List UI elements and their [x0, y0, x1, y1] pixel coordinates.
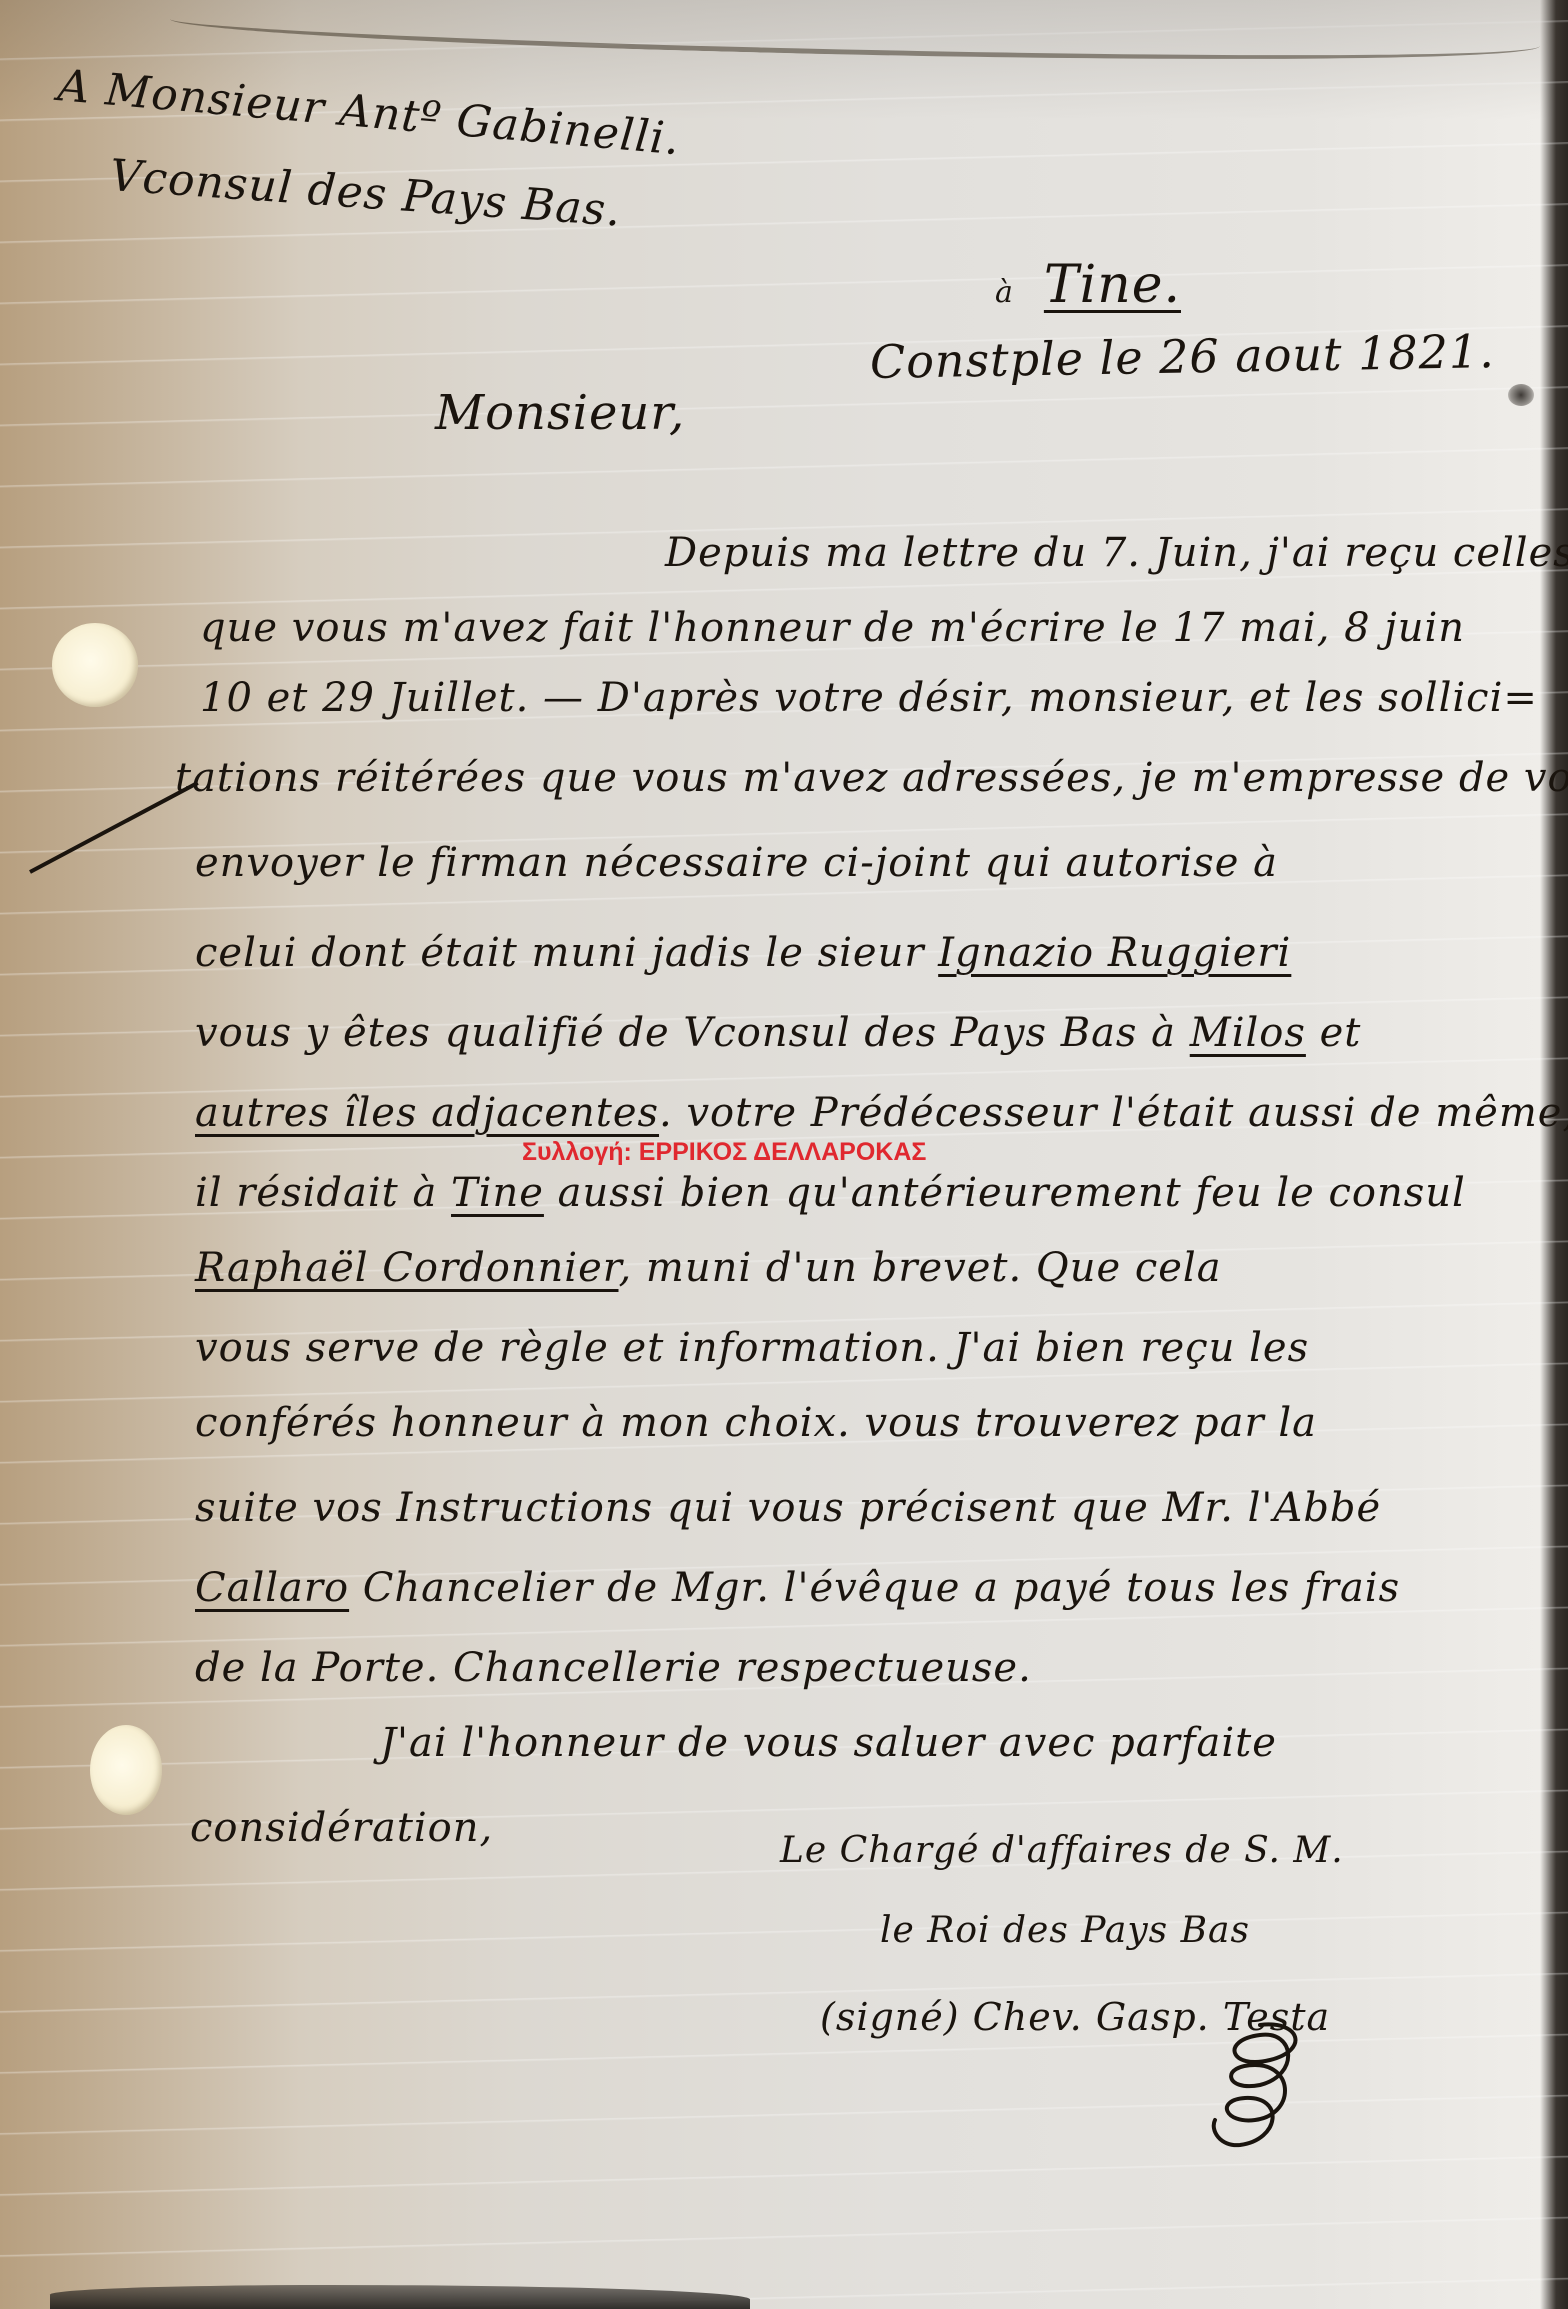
- body-line-11: vous serve de règle et information. J'ai…: [195, 1325, 1309, 1371]
- body-line-8: autres îles adjacentes. votre Prédécesse…: [195, 1090, 1568, 1136]
- bottom-edge-shadow: [50, 2285, 750, 2309]
- margin-pen-stroke: [29, 781, 199, 874]
- signature-flourish-icon: [1200, 2020, 1310, 2150]
- closing-line-2: considération,: [190, 1805, 493, 1851]
- body-line-12: conférés honneur à mon choix. vous trouv…: [195, 1400, 1317, 1446]
- body-line-1: Depuis ma lettre du 7. Juin, j'ai reçu c…: [665, 530, 1568, 576]
- date-line: Constple le 26 aout 1821.: [870, 324, 1496, 389]
- place-line: àTine.: [995, 255, 1181, 315]
- collection-watermark: Συλλογή: ΕΡΡΙΚΟΣ ΔΕΛΛΑΡΟΚΑΣ: [522, 1138, 926, 1167]
- body-line-15: de la Porte. Chancellerie respectueuse.: [195, 1645, 1032, 1691]
- ink-blot: [1508, 384, 1534, 406]
- body-line-4: tations réitérées que vous m'avez adress…: [175, 755, 1568, 801]
- body-line-9: il résidait à Tine aussi bien qu'antérie…: [195, 1170, 1466, 1216]
- salutation: Monsieur,: [435, 385, 685, 441]
- body-line-14: Callaro Chancelier de Mgr. l'évêque a pa…: [195, 1565, 1400, 1611]
- address-line-1: A Monsieur Antº Gabinelli.: [56, 60, 682, 165]
- body-line-5: envoyer le firman nécessaire ci-joint qu…: [195, 840, 1278, 886]
- body-line-6: celui dont était muni jadis le sieur Ign…: [195, 930, 1291, 976]
- body-line-2: que vous m'avez fait l'honneur de m'écri…: [200, 605, 1465, 651]
- address-line-2: Vconsul des Pays Bas.: [108, 150, 623, 237]
- letter-photograph: A Monsieur Antº Gabinelli. Vconsul des P…: [0, 0, 1568, 2309]
- body-line-13: suite vos Instructions qui vous précisen…: [195, 1485, 1381, 1531]
- punch-hole-top: [52, 623, 138, 707]
- body-line-10: Raphaël Cordonnier, muni d'un brevet. Qu…: [195, 1245, 1222, 1291]
- body-line-7: vous y êtes qualifié de Vconsul des Pays…: [195, 1010, 1361, 1056]
- closing-line-1: J'ai l'honneur de vous saluer avec parfa…: [380, 1720, 1277, 1766]
- punch-hole-bottom: [90, 1725, 162, 1815]
- signature-title-1: Le Chargé d'affaires de S. M.: [780, 1830, 1344, 1871]
- signature-title-2: le Roi des Pays Bas: [880, 1910, 1250, 1951]
- body-line-3: 10 et 29 Juillet. — D'après votre désir,…: [200, 675, 1538, 721]
- paper-fold-shadow: [170, 0, 1541, 73]
